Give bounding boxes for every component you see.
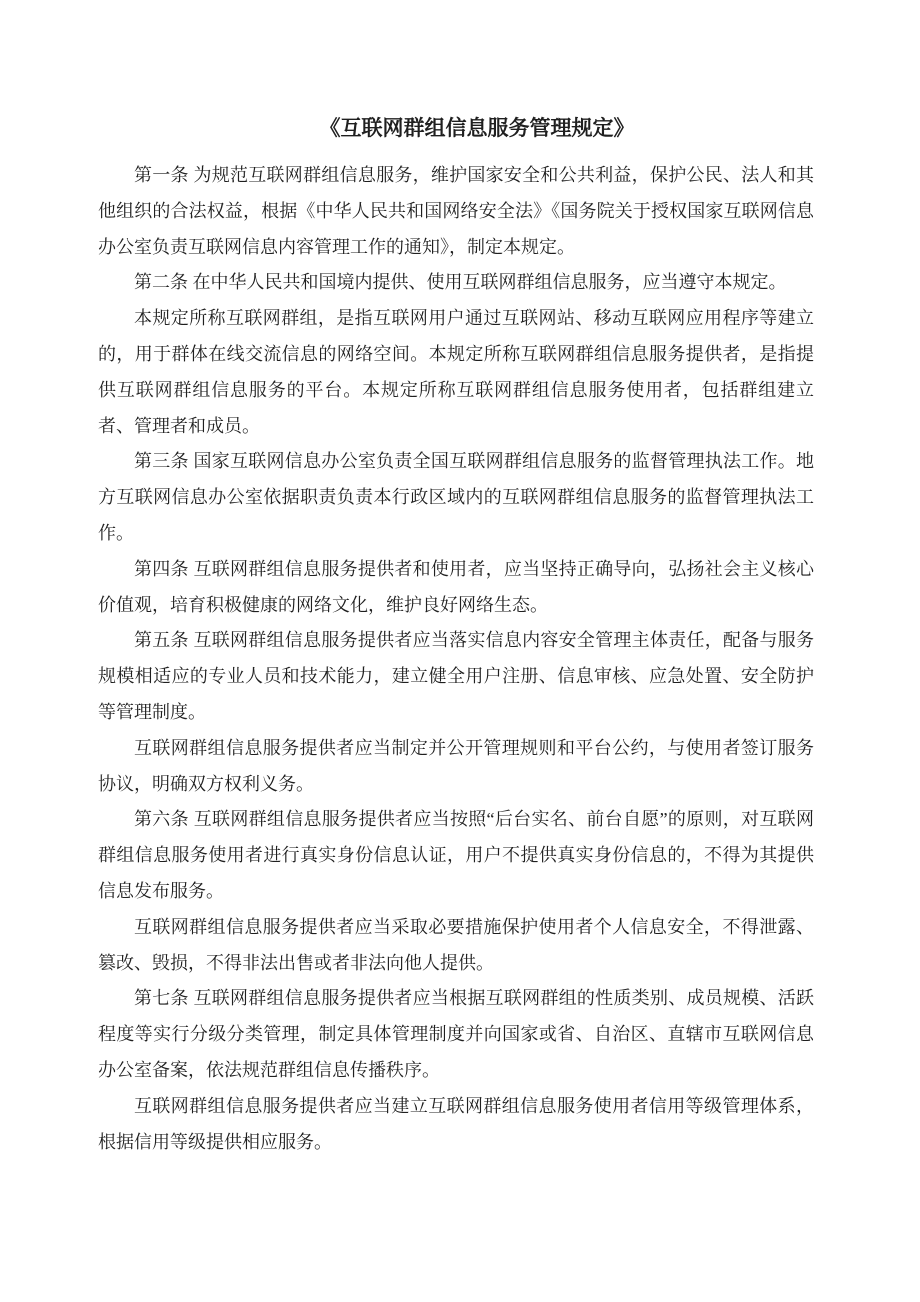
document-title: 《互联网群组信息服务管理规定》	[98, 106, 814, 150]
paragraph: 第三条 国家互联网信息办公室负责全国互联网群组信息服务的监督管理执法工作。地方互…	[98, 444, 814, 551]
document-body: 第一条 为规范互联网群组信息服务，维护国家安全和公共利益，保护公民、法人和其他组…	[98, 158, 814, 1160]
paragraph: 互联网群组信息服务提供者应当采取必要措施保护使用者个人信息安全，不得泄露、篡改、…	[98, 910, 814, 982]
paragraph: 互联网群组信息服务提供者应当制定并公开管理规则和平台公约，与使用者签订服务协议，…	[98, 731, 814, 803]
document-page: 《互联网群组信息服务管理规定》 第一条 为规范互联网群组信息服务，维护国家安全和…	[0, 0, 920, 1302]
paragraph: 第二条 在中华人民共和国境内提供、使用互联网群组信息服务，应当遵守本规定。	[98, 265, 814, 301]
paragraph: 本规定所称互联网群组，是指互联网用户通过互联网站、移动互联网应用程序等建立的，用…	[98, 301, 814, 444]
paragraph: 第六条 互联网群组信息服务提供者应当按照“后台实名、前台自愿”的原则，对互联网群…	[98, 802, 814, 909]
paragraph: 第四条 互联网群组信息服务提供者和使用者，应当坚持正确导向，弘扬社会主义核心价值…	[98, 552, 814, 624]
paragraph: 互联网群组信息服务提供者应当建立互联网群组信息服务使用者信用等级管理体系，根据信…	[98, 1089, 814, 1161]
paragraph: 第七条 互联网群组信息服务提供者应当根据互联网群组的性质类别、成员规模、活跃程度…	[98, 981, 814, 1088]
paragraph: 第一条 为规范互联网群组信息服务，维护国家安全和公共利益，保护公民、法人和其他组…	[98, 158, 814, 265]
paragraph: 第五条 互联网群组信息服务提供者应当落实信息内容安全管理主体责任，配备与服务规模…	[98, 623, 814, 730]
